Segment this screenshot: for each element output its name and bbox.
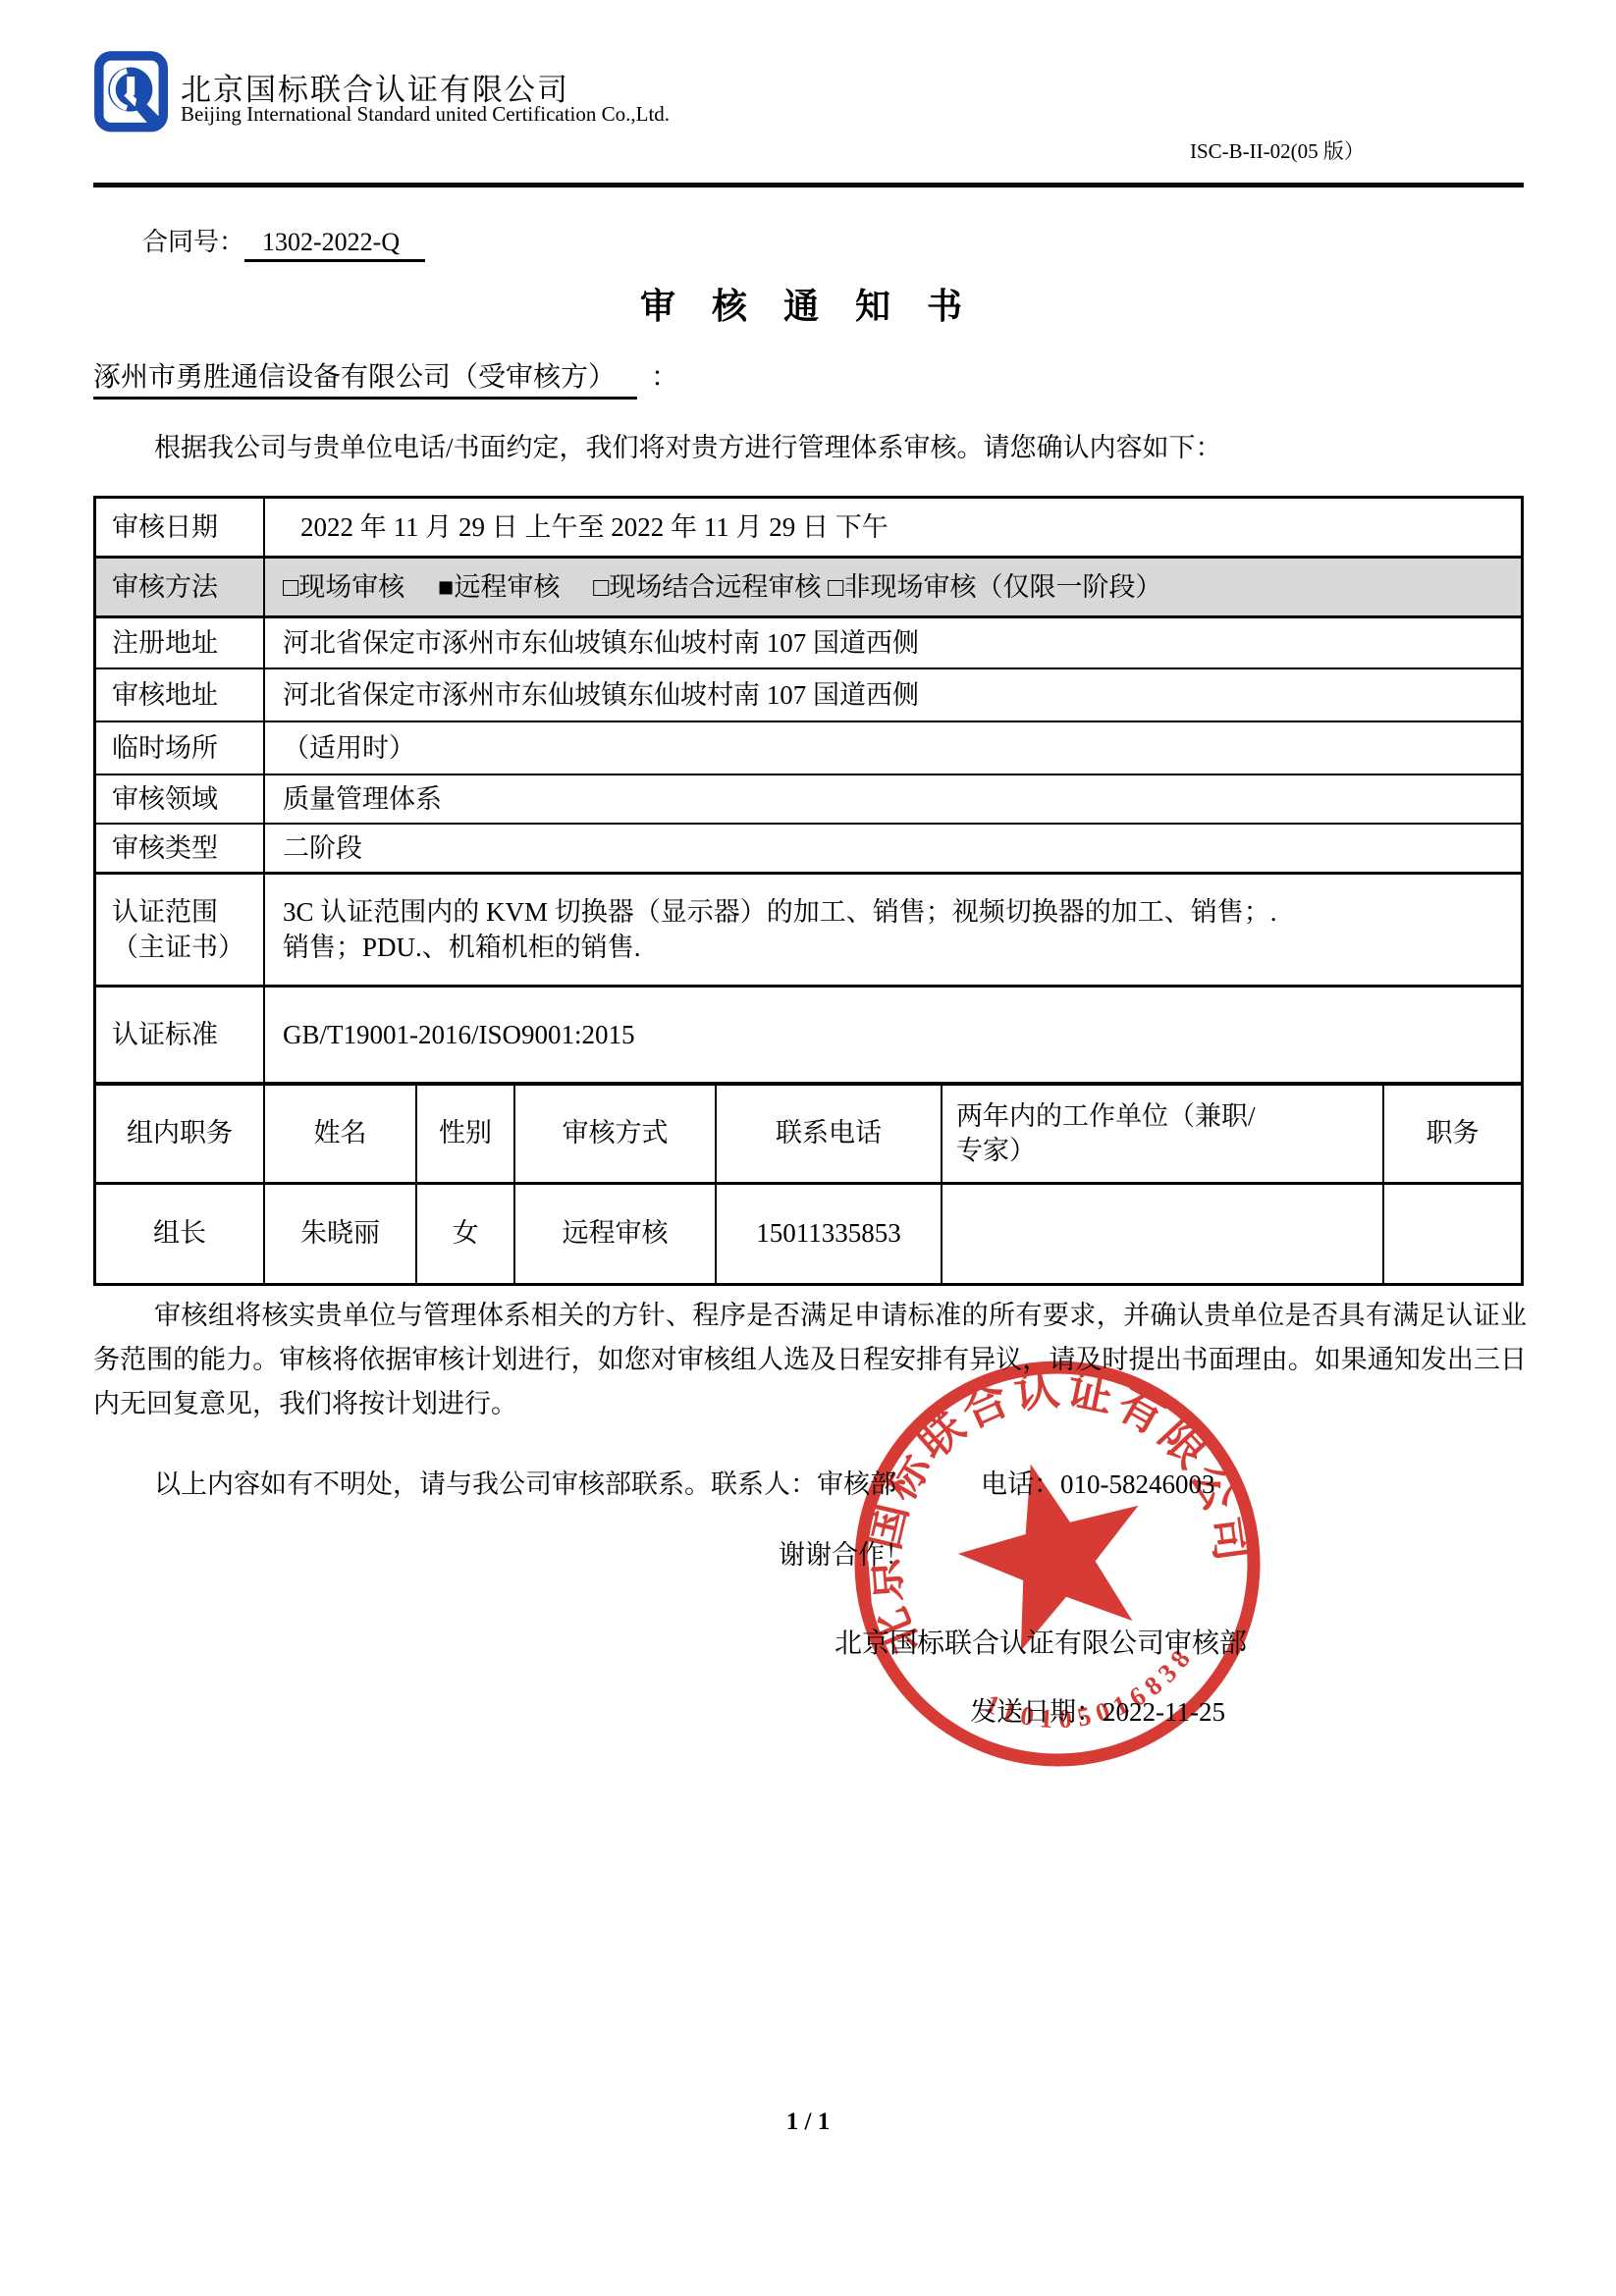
- contract-line: 合同号：1302-2022-Q: [142, 222, 425, 258]
- team-cell-position: [1382, 1185, 1521, 1283]
- team-header-gender: 性别: [415, 1086, 513, 1182]
- contract-label: 合同号：: [142, 228, 244, 256]
- info-row-registered-address: 注册地址 河北省保定市涿州市东仙坡镇东仙坡村南 107 国道西侧: [96, 615, 1521, 667]
- row-label: 认证标准: [96, 988, 263, 1082]
- send-date-value: 2022-11-25: [1103, 1697, 1225, 1727]
- page-number: 1 / 1: [0, 2109, 1616, 2136]
- signature-department: 北京国标联合认证有限公司审核部: [835, 1622, 1247, 1661]
- row-value: 二阶段: [263, 825, 1521, 872]
- row-value: 质量管理体系: [263, 775, 1521, 823]
- recipient-colon: ：: [651, 362, 678, 393]
- recipient-name: 涿州市勇胜通信设备有限公司（受审核方）: [93, 362, 637, 400]
- team-header-name: 姓名: [263, 1086, 415, 1182]
- team-cell-name: 朱晓丽: [263, 1185, 415, 1283]
- team-cell-method: 远程审核: [513, 1185, 715, 1283]
- info-row-audit-date: 审核日期 2022 年 11 月 29 日 上午至 2022 年 11 月 29…: [96, 499, 1521, 556]
- intro-paragraph: 根据我公司与贵单位电话/书面约定，我们将对贵方进行管理体系审核。请您确认内容如下…: [93, 426, 1524, 464]
- info-row-audit-method: 审核方法 □现场审核 ■远程审核 □现场结合远程审核 □非现场审核（仅限一阶段）: [96, 556, 1521, 615]
- info-row-audit-field: 审核领域 质量管理体系: [96, 774, 1521, 823]
- contact-phone-label: 电话：: [981, 1469, 1060, 1499]
- team-cell-phone: 15011335853: [715, 1185, 941, 1283]
- team-cell-role: 组长: [96, 1185, 263, 1283]
- certification-logo-icon: [93, 51, 172, 133]
- row-value: 河北省保定市涿州市东仙坡镇东仙坡村南 107 国道西侧: [263, 669, 1521, 721]
- row-label: 注册地址: [96, 618, 263, 667]
- row-label: 临时场所: [96, 722, 263, 774]
- team-table-header-row: 组内职务 姓名 性别 审核方式 联系电话 两年内的工作单位（兼职/ 专家） 职务: [96, 1082, 1521, 1182]
- info-row-cert-scope: 认证范围 （主证书） 3C 认证范围内的 KVM 切换器（显示器）的加工、销售；…: [96, 872, 1521, 985]
- row-value: □现场审核 ■远程审核 □现场结合远程审核 □非现场审核（仅限一阶段）: [263, 559, 1521, 615]
- row-value: 3C 认证范围内的 KVM 切换器（显示器）的加工、销售；视频切换器的加工、销售…: [263, 875, 1521, 985]
- audit-info-table: 审核日期 2022 年 11 月 29 日 上午至 2022 年 11 月 29…: [93, 496, 1524, 1286]
- team-header-position: 职务: [1382, 1086, 1521, 1182]
- send-date-label: 发送日期：: [970, 1697, 1103, 1727]
- document-page: 北京国标联合认证有限公司 Beijing International Stand…: [0, 0, 1616, 2296]
- team-header-phone: 联系电话: [715, 1086, 941, 1182]
- team-cell-workunit: [941, 1185, 1382, 1283]
- row-value: 河北省保定市涿州市东仙坡镇东仙坡村南 107 国道西侧: [263, 618, 1521, 667]
- team-header-method: 审核方式: [513, 1086, 715, 1182]
- row-label: 审核方法: [96, 559, 263, 615]
- info-row-audit-type: 审核类型 二阶段: [96, 823, 1521, 872]
- contact-line: 以上内容如有不明处，请与我公司审核部联系。联系人：审核部电话：010-58246…: [93, 1463, 1215, 1501]
- recipient-line: 涿州市勇胜通信设备有限公司（受审核方）：: [93, 355, 678, 395]
- row-label: 认证范围 （主证书）: [96, 875, 263, 985]
- row-value: （适用时）: [263, 722, 1521, 774]
- row-label: 审核类型: [96, 825, 263, 872]
- team-table-row: 组长 朱晓丽 女 远程审核 15011335853: [96, 1182, 1521, 1283]
- company-name-en: Beijing International Standard united Ce…: [181, 102, 670, 127]
- contact-text: 以上内容如有不明处，请与我公司审核部联系。联系人：审核部: [154, 1469, 896, 1499]
- team-header-workunit: 两年内的工作单位（兼职/ 专家）: [941, 1086, 1382, 1182]
- send-date-line: 发送日期：2022-11-25: [970, 1690, 1225, 1729]
- row-value: GB/T19001-2016/ISO9001:2015: [263, 988, 1521, 1082]
- contract-number: 1302-2022-Q: [244, 228, 425, 262]
- document-title: 审 核 通 知 书: [0, 279, 1616, 329]
- row-label: 审核领域: [96, 775, 263, 823]
- info-row-temporary-site: 临时场所 （适用时）: [96, 721, 1521, 774]
- header-rule: [93, 183, 1524, 187]
- info-row-cert-standard: 认证标准 GB/T19001-2016/ISO9001:2015: [96, 985, 1521, 1082]
- thanks-note: 谢谢合作！: [779, 1533, 911, 1572]
- info-row-audit-address: 审核地址 河北省保定市涿州市东仙坡镇东仙坡村南 107 国道西侧: [96, 667, 1521, 721]
- team-header-role: 组内职务: [96, 1086, 263, 1182]
- doc-code: ISC-B-II-02(05 版）: [1190, 135, 1365, 165]
- row-value: 2022 年 11 月 29 日 上午至 2022 年 11 月 29 日 下午: [263, 499, 1521, 556]
- row-label: 审核地址: [96, 669, 263, 721]
- row-label: 审核日期: [96, 499, 263, 556]
- team-cell-gender: 女: [415, 1185, 513, 1283]
- body-paragraph: 审核组将核实贵单位与管理体系相关的方针、程序是否满足申请标准的所有要求，并确认贵…: [93, 1294, 1527, 1426]
- contact-phone: 010-58246003: [1060, 1469, 1215, 1499]
